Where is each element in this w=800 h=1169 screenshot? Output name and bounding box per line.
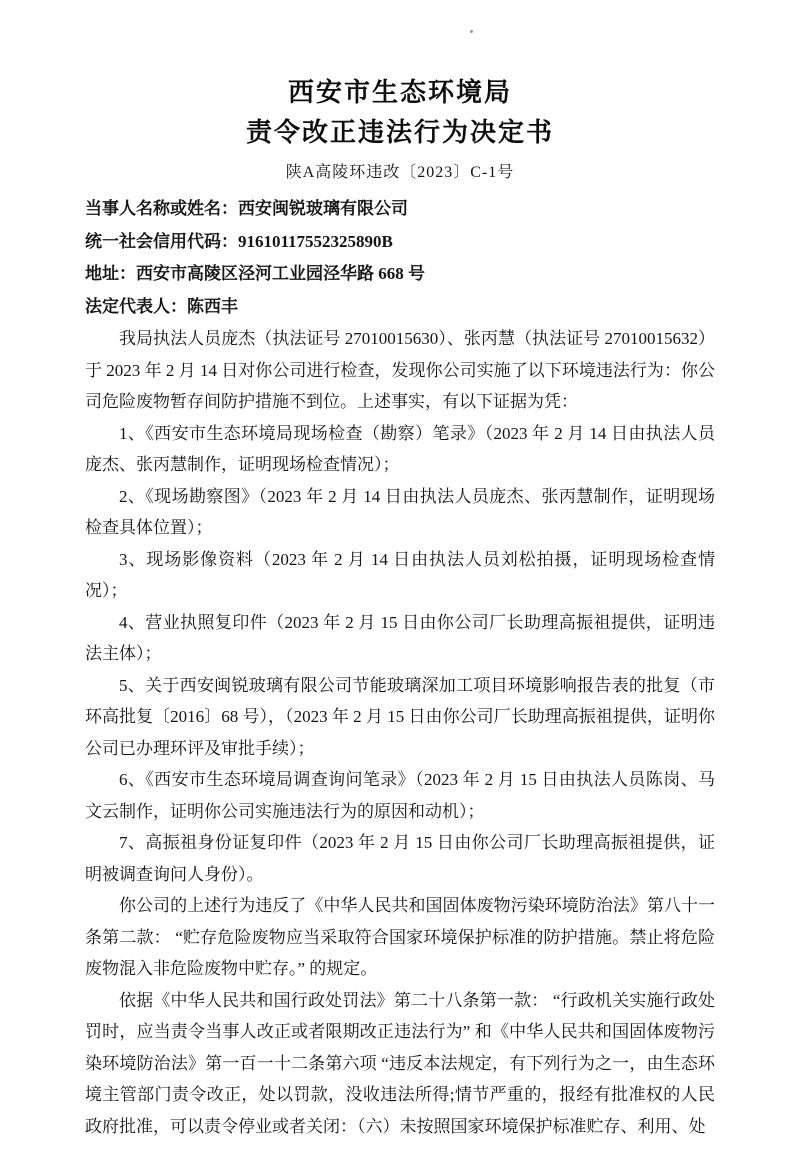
document-title: 西安市生态环境局 xyxy=(85,72,715,112)
document-number: 陕A高陵环违改〔2023〕C-1号 xyxy=(85,161,715,185)
document-page: 西安市生态环境局 责令改正违法行为决定书 陕A高陵环违改〔2023〕C-1号 当… xyxy=(0,0,800,1169)
field-legal-representative: 法定代表人：陈西丰 xyxy=(85,291,715,324)
document-subtitle: 责令改正违法行为决定书 xyxy=(85,112,715,152)
party-info-block: 当事人名称或姓名：西安闽锐玻璃有限公司 统一社会信用代码：91610117552… xyxy=(85,193,715,323)
evidence-item-4: 4、营业执照复印件（2023 年 2 月 15 日由你公司厂长助理高振祖提供，证… xyxy=(85,607,715,670)
paragraph-inspection-findings: 我局执法人员庞杰（执法证号 27010015630）、张丙慧（执法证号 2701… xyxy=(85,323,715,418)
field-credit-code: 统一社会信用代码：91610117552325890B xyxy=(85,226,715,259)
paragraph-legal-basis: 依据《中华人民共和国行政处罚法》第二十八条第一款： “行政机关实施行政处罚时，应… xyxy=(85,985,715,1143)
evidence-item-5: 5、关于西安闽锐玻璃有限公司节能玻璃深加工项目环境影响报告表的批复（市环高批复〔… xyxy=(85,670,715,765)
evidence-item-7: 7、高振祖身份证复印件（2023 年 2 月 15 日由你公司厂长助理高振祖提供… xyxy=(85,827,715,890)
evidence-item-6: 6、《西安市生态环境局调查询问笔录》（2023 年 2 月 15 日由执法人员陈… xyxy=(85,764,715,827)
field-address: 地址：西安市高陵区泾河工业园泾华路 668 号 xyxy=(85,258,715,291)
scan-speck xyxy=(470,30,473,33)
evidence-item-2: 2、《现场勘察图》（2023 年 2 月 14 日由执法人员庞杰、张丙慧制作，证… xyxy=(85,481,715,544)
evidence-item-3: 3、现场影像资料（2023 年 2 月 14 日由执法人员刘松拍摄，证明现场检查… xyxy=(85,544,715,607)
evidence-item-1: 1、《西安市生态环境局现场检查（勘察）笔录》（2023 年 2 月 14 日由执… xyxy=(85,418,715,481)
document-body: 我局执法人员庞杰（执法证号 27010015630）、张丙慧（执法证号 2701… xyxy=(85,323,715,1142)
paragraph-violation-clause: 你公司的上述行为违反了《中华人民共和国固体废物污染环境防治法》第八十一条第二款：… xyxy=(85,890,715,985)
field-party-name: 当事人名称或姓名：西安闽锐玻璃有限公司 xyxy=(85,193,715,226)
